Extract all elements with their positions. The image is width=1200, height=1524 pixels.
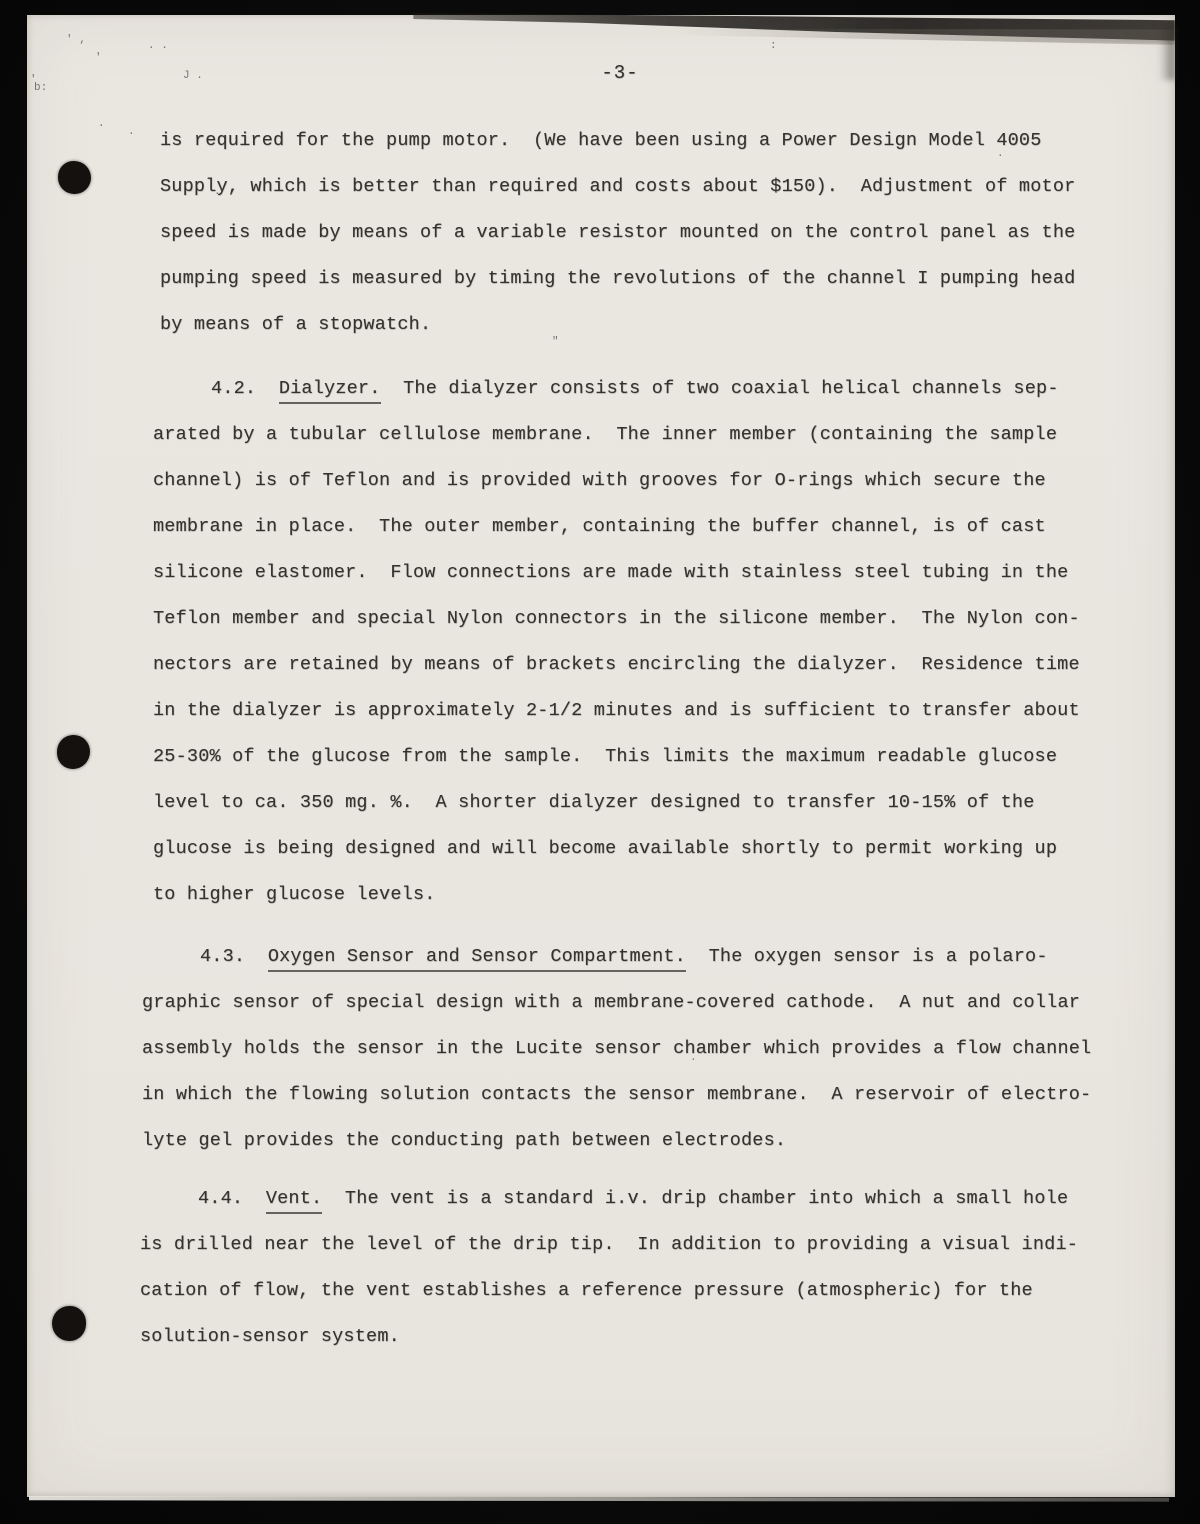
- scan-speck: .: [128, 126, 135, 138]
- text-line: 25-30% of the glucose from the sample. T…: [153, 734, 1140, 780]
- scan-speck: .: [214, 186, 221, 198]
- text-line: arated by a tubular cellulose membrane. …: [153, 412, 1140, 458]
- text-line: in which the flowing solution contacts t…: [142, 1072, 1140, 1118]
- text-line: by means of a stopwatch.: [160, 302, 1140, 348]
- hole-punch: [58, 161, 91, 194]
- text-line: in the dialyzer is approximately 2-1/2 m…: [153, 688, 1140, 734]
- paper-page: -3- is required for the pump motor. (We …: [27, 15, 1175, 1497]
- scanned-document: -3- is required for the pump motor. (We …: [0, 0, 1200, 1524]
- text-line: assembly holds the sensor in the Lucite …: [142, 1026, 1140, 1072]
- section-number: 4.2.: [211, 378, 279, 399]
- text-line: nectors are retained by means of bracket…: [153, 642, 1140, 688]
- hole-punch: [52, 1306, 86, 1341]
- text-run: The oxygen sensor is a polaro-: [686, 946, 1048, 967]
- text-line: 4.4. Vent. The vent is a standard i.v. d…: [140, 1176, 1140, 1222]
- scan-speck: :: [770, 40, 777, 52]
- paper-bottom-edge: [29, 1496, 1169, 1501]
- scan-speck: .: [940, 220, 947, 232]
- text-line: is drilled near the level of the drip ti…: [140, 1222, 1140, 1268]
- text-line: cation of flow, the vent establishes a r…: [140, 1268, 1140, 1314]
- paragraph: 4.3. Oxygen Sensor and Sensor Compartmen…: [142, 934, 1140, 1164]
- scan-speck: ": [552, 336, 559, 348]
- text-line: lyte gel provides the conducting path be…: [142, 1118, 1140, 1164]
- section-heading: Vent.: [266, 1188, 323, 1214]
- text-run: The vent is a standard i.v. drip chamber…: [322, 1188, 1068, 1209]
- paragraph: 4.2. Dialyzer. The dialyzer consists of …: [153, 366, 1140, 918]
- scan-speck: .: [690, 1052, 697, 1064]
- scan-speck: .: [997, 148, 1004, 160]
- section-number: 4.4.: [198, 1188, 266, 1209]
- text-line: speed is made by means of a variable res…: [160, 210, 1140, 256]
- scan-speck: . .: [148, 40, 168, 52]
- paragraph: 4.4. Vent. The vent is a standard i.v. d…: [140, 1176, 1140, 1360]
- text-run: The dialyzer consists of two coaxial hel…: [381, 378, 1059, 399]
- text-line: 4.2. Dialyzer. The dialyzer consists of …: [153, 366, 1140, 412]
- text-line: membrane in place. The outer member, con…: [153, 504, 1140, 550]
- scan-speck: b:: [34, 82, 47, 94]
- hole-punch: [57, 735, 90, 769]
- text-line: graphic sensor of special design with a …: [142, 980, 1140, 1026]
- text-line: solution-sensor system.: [140, 1314, 1140, 1360]
- scan-speck: ': [95, 52, 102, 64]
- scan-speck: J .: [183, 70, 203, 82]
- text-line: channel) is of Teflon and is provided wi…: [153, 458, 1140, 504]
- section-heading: Oxygen Sensor and Sensor Compartment.: [268, 946, 686, 972]
- text-line: Teflon member and special Nylon connecto…: [153, 596, 1140, 642]
- scan-speck: .: [560, 568, 567, 580]
- text-line: Supply, which is better than required an…: [160, 164, 1140, 210]
- text-column: is required for the pump motor. (We have…: [140, 118, 1140, 1360]
- text-line: to higher glucose levels.: [153, 872, 1140, 918]
- scan-speck: .: [98, 118, 105, 130]
- text-line: silicone elastomer. Flow connections are…: [153, 550, 1140, 596]
- text-line: level to ca. 350 mg. %. A shorter dialyz…: [153, 780, 1140, 826]
- paragraph: is required for the pump motor. (We have…: [160, 118, 1140, 348]
- page-number: -3-: [46, 62, 1194, 84]
- text-line: pumping speed is measured by timing the …: [160, 256, 1140, 302]
- section-heading: Dialyzer.: [279, 378, 381, 404]
- text-line: glucose is being designed and will becom…: [153, 826, 1140, 872]
- text-line: 4.3. Oxygen Sensor and Sensor Compartmen…: [142, 934, 1140, 980]
- text-line: is required for the pump motor. (We have…: [160, 118, 1140, 164]
- scan-speck: ' ,: [66, 34, 86, 46]
- section-number: 4.3.: [200, 946, 268, 967]
